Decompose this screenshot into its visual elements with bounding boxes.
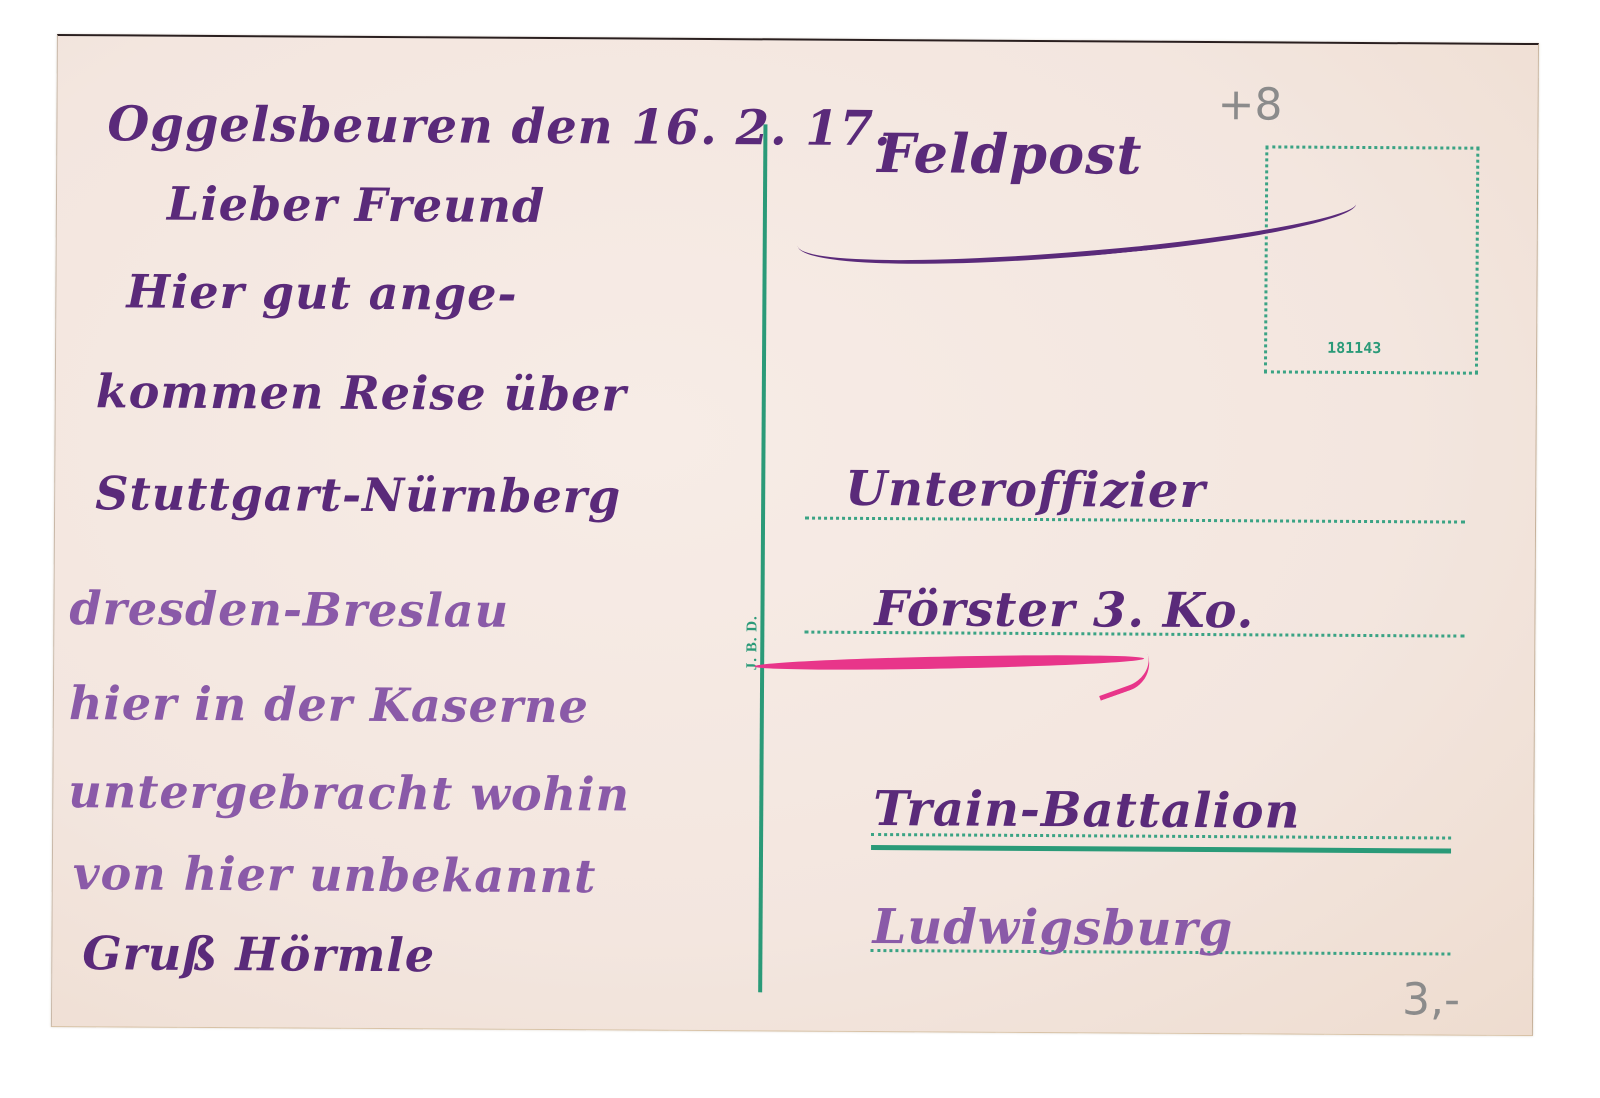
pencil-note-bottom: 3,- <box>1402 974 1460 1025</box>
address-underline <box>871 845 1451 854</box>
publisher-mark: J. B. D. <box>744 570 785 670</box>
signature: Gruß Hörmle <box>82 926 435 982</box>
pink-crayon-mark <box>754 653 1144 673</box>
message-line-1: Oggelsbeuren den 16. 2. 17. <box>107 96 892 157</box>
message-line-9: von hier unbekannt <box>73 846 597 903</box>
stamp-box-code: 181143 <box>1327 339 1381 357</box>
message-line-4: kommen Reise über <box>96 364 627 421</box>
postcard-back: Oggelsbeuren den 16. 2. 17. Lieber Freun… <box>51 34 1539 1036</box>
message-line-3: Hier gut ange- <box>126 264 517 320</box>
address-name: Förster 3. Ko. <box>874 581 1254 639</box>
center-divider-line <box>758 124 767 992</box>
address-unit: Train-Battalion <box>873 781 1301 840</box>
message-line-7: hier in der Kaserne <box>69 676 589 733</box>
address-city: Ludwigsburg <box>872 899 1233 957</box>
address-rank: Unteroffizier <box>845 461 1206 519</box>
message-line-5: Stuttgart-Nürnberg <box>95 466 621 523</box>
pencil-note-top: +8 <box>1217 79 1282 130</box>
feldpost-heading: Feldpost <box>877 121 1143 187</box>
message-line-6: dresden-Breslau <box>69 581 509 638</box>
message-line-2: Lieber Freund <box>167 177 545 233</box>
message-line-8: untergebracht wohin <box>68 764 630 821</box>
